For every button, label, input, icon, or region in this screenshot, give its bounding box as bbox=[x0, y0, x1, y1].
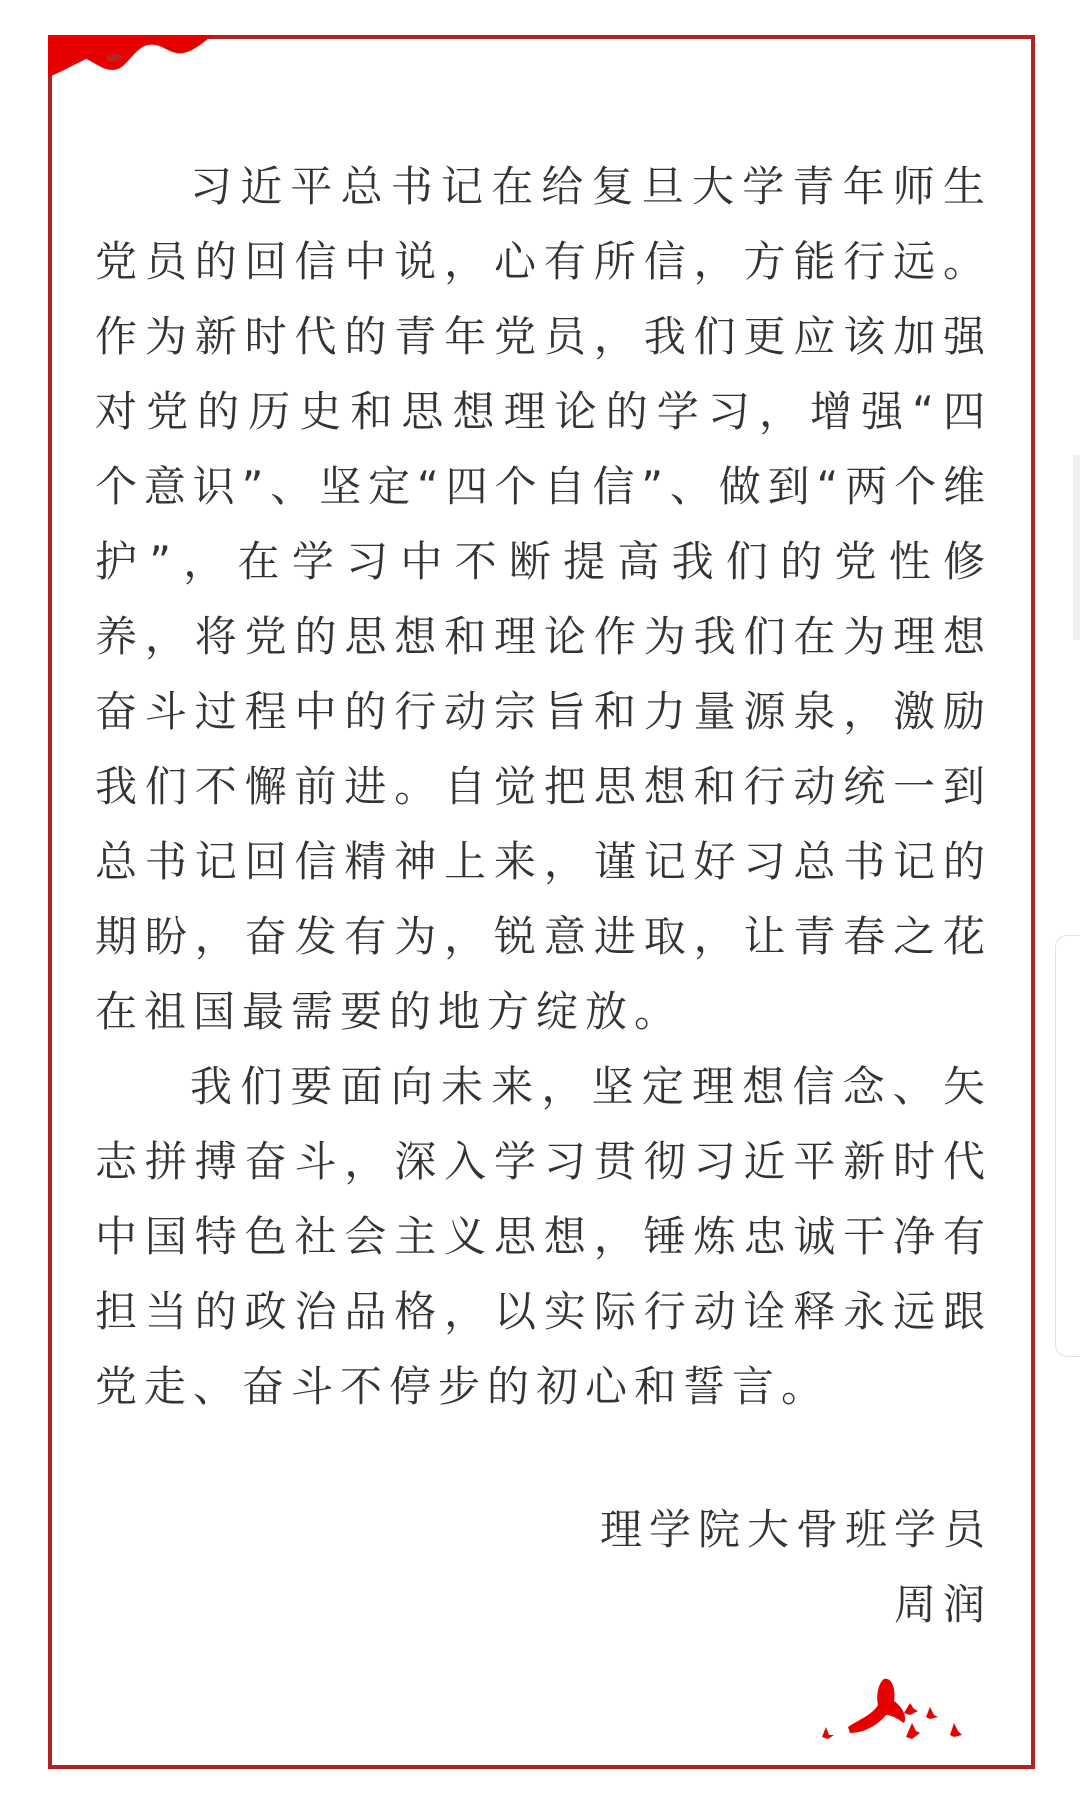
text-line: 作为新时代的青年党员，我们更应该加强 bbox=[95, 310, 985, 385]
text-line: 中国特色社会主义思想，锤炼忠诚干净有 bbox=[95, 1210, 985, 1285]
red-ribbon-corner-icon bbox=[48, 35, 248, 85]
signature-name: 周润 bbox=[600, 1575, 992, 1650]
signature-block: 理学院大骨班学员 周润 bbox=[600, 1500, 985, 1650]
text-line: 对党的历史和思想理论的学习，增强“四 bbox=[95, 385, 985, 460]
text-line: 期盼，奋发有为，锐意进取，让青春之花 bbox=[95, 910, 985, 985]
text-line: 党员的回信中说，心有所信，方能行远。 bbox=[95, 235, 985, 310]
text-line: 个意识”、坚定“四个自信”、做到“两个维 bbox=[95, 460, 985, 535]
text-line: 我们不懈前进。自觉把思想和行动统一到 bbox=[95, 760, 985, 835]
floating-side-panel[interactable] bbox=[1055, 935, 1080, 1357]
paragraph-2: 我们要面向未来，坚定理想信念、矢 志拼搏奋斗，深入学习贯彻习近平新时代 中国特色… bbox=[95, 1060, 985, 1435]
text-line: 养，将党的思想和理论作为我们在为理想 bbox=[95, 610, 985, 685]
page-scrollbar[interactable] bbox=[1073, 455, 1080, 640]
text-line: 志拼搏奋斗，深入学习贯彻习近平新时代 bbox=[95, 1135, 985, 1210]
text-line: 我们要面向未来，坚定理想信念、矢 bbox=[95, 1060, 985, 1135]
text-line: 奋斗过程中的行动宗旨和力量源泉，激励 bbox=[95, 685, 985, 760]
text-line: 在祖国最需要的地方绽放。 bbox=[95, 985, 985, 1060]
flying-birds-icon bbox=[820, 1675, 970, 1745]
text-line: 总书记回信精神上来，谨记好习总书记的 bbox=[95, 835, 985, 910]
signature-affiliation: 理学院大骨班学员 bbox=[600, 1500, 992, 1575]
text-line: 习近平总书记在给复旦大学青年师生 bbox=[95, 160, 985, 235]
text-line: 担当的政治品格，以实际行动诠释永远跟 bbox=[95, 1285, 985, 1360]
letter-body: 习近平总书记在给复旦大学青年师生 党员的回信中说，心有所信，方能行远。 作为新时… bbox=[95, 160, 985, 1435]
text-line: 党走、奋斗不停步的初心和誓言。 bbox=[95, 1360, 985, 1435]
text-line: 护”，在学习中不断提高我们的党性修 bbox=[95, 535, 985, 610]
paragraph-1: 习近平总书记在给复旦大学青年师生 党员的回信中说，心有所信，方能行远。 作为新时… bbox=[95, 160, 985, 1060]
